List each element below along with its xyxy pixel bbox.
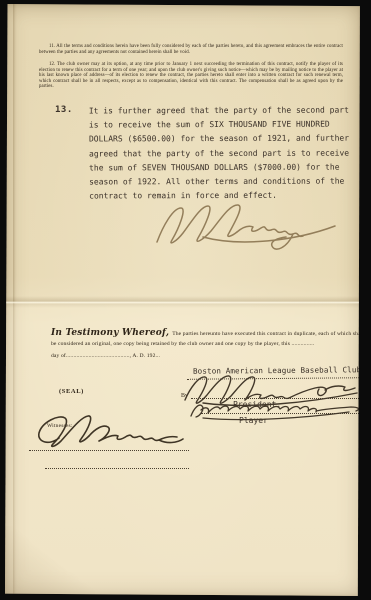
clause-12: 12. The club owner may at its option, at… xyxy=(39,62,343,90)
president-signature-clause13 xyxy=(145,196,345,254)
horizontal-fold xyxy=(5,296,361,308)
photo-background: { "document": { "clause_11": "11. All th… xyxy=(0,0,371,600)
player-signature xyxy=(185,396,367,424)
testimony-line-1-text: The parties hereunto have executed this … xyxy=(172,331,364,337)
testimony-line-3: day of..................................… xyxy=(51,353,160,359)
clause-13-text: It is further agreed that the party of t… xyxy=(89,104,351,204)
testimony-heading: In Testimony Whereof, xyxy=(51,328,169,338)
seal-label: (SEAL) xyxy=(59,388,84,395)
clause-13-number: 13. xyxy=(55,105,73,115)
witness-signature xyxy=(25,404,193,456)
clause-11: 11. All the terms and conditions herein … xyxy=(39,44,343,55)
testimony-line-1: In Testimony Whereof,The parties hereunt… xyxy=(51,322,351,340)
contract-page: 11. All the terms and conditions herein … xyxy=(5,4,361,596)
witness-line-2 xyxy=(45,454,189,469)
testimony-line-2: be considered an original, one copy bein… xyxy=(51,341,351,347)
corner-crease xyxy=(5,526,95,596)
